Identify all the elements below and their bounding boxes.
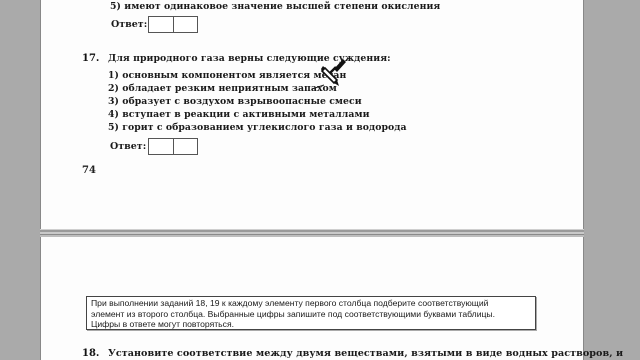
question-18-prompt: Установите соответствие между двумя веще…	[108, 348, 623, 359]
prev-answer-field[interactable]	[148, 16, 198, 33]
instruction-line: элемент из второго столбца. Выбранные ци…	[91, 309, 531, 320]
question-17-option: 5) горит с образованием углекислого газа…	[108, 122, 407, 133]
question-17-answer-field[interactable]	[148, 138, 198, 155]
question-17-number: 17.	[82, 53, 99, 64]
question-17-option: 4) вступает в реакции с активными металл…	[108, 109, 370, 120]
page-separator	[40, 229, 584, 237]
answer-cell[interactable]	[149, 17, 173, 32]
prev-question-option-5: 5) имеют одинаковое значение высшей степ…	[110, 1, 440, 12]
question-17-answer-label: Ответ:	[110, 141, 146, 152]
question-18-number: 18.	[82, 348, 99, 359]
instruction-line: При выполнении заданий 18, 19 к каждому …	[91, 298, 531, 309]
instruction-box: При выполнении заданий 18, 19 к каждому …	[86, 296, 536, 330]
answer-cell[interactable]	[173, 139, 198, 154]
question-17-option: 3) образует с воздухом взрывоопасные сме…	[108, 96, 362, 107]
answer-cell[interactable]	[173, 17, 198, 32]
pen-icon	[310, 57, 350, 93]
answer-cell[interactable]	[149, 139, 173, 154]
instruction-line: Цифры в ответе могут повторяться.	[91, 319, 531, 330]
page-number: 74	[82, 165, 96, 176]
question-17-option: 2) обладает резким неприятным запахом	[108, 83, 337, 94]
prev-answer-label: Ответ:	[111, 19, 147, 30]
